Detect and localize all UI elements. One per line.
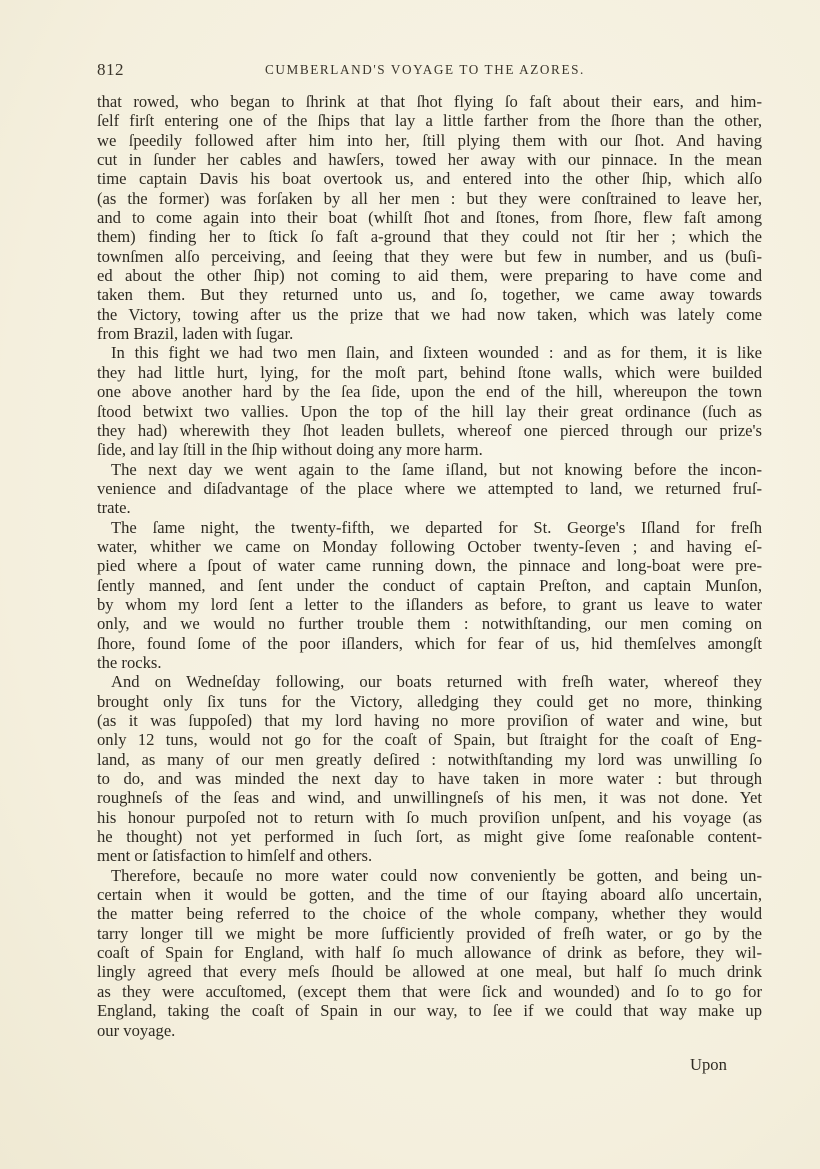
text-line: water, whither we came on Monday followi… xyxy=(97,537,762,556)
text-line: And on Wedneſday following, our boats re… xyxy=(97,672,762,691)
text-line: (as it was ſuppoſed) that my lord having… xyxy=(97,711,762,730)
text-line: by whom my lord ſent a letter to the iſl… xyxy=(97,595,762,614)
text-line: trate. xyxy=(97,498,762,517)
text-line: brought only ſix tuns for the Victory, a… xyxy=(97,692,762,711)
text-line: the matter being referred to the choice … xyxy=(97,904,762,923)
paragraph: And on Wedneſday following, our boats re… xyxy=(97,672,762,865)
text-line: Therefore, becauſe no more water could n… xyxy=(97,866,762,885)
text-line: them) finding her to ſtick ſo faſt a-gro… xyxy=(97,227,762,246)
paragraph: In this fight we had two men ſlain, and … xyxy=(97,343,762,459)
text-line: they had) wherewith they ſhot leaden bul… xyxy=(97,421,762,440)
paragraph: The next day we went again to the ſame i… xyxy=(97,460,762,518)
text-line: The ſame night, the twenty-fifth, we dep… xyxy=(97,518,762,537)
text-line: The next day we went again to the ſame i… xyxy=(97,460,762,479)
text-line: ſently manned, and ſent under the conduc… xyxy=(97,576,762,595)
text-line: from Brazil, laden with ſugar. xyxy=(97,324,762,343)
text-line: ſtood betwixt two vallies. Upon the top … xyxy=(97,402,762,421)
text-line: venience and diſadvantage of the place w… xyxy=(97,479,762,498)
text-line: our voyage. xyxy=(97,1021,762,1040)
text-line: certain when it would be gotten, and the… xyxy=(97,885,762,904)
text-line: the Victory, towing after us the prize t… xyxy=(97,305,762,324)
text-line: roughneſs of the ſeas and wind, and unwi… xyxy=(97,788,762,807)
body-text: that rowed, who began to ſhrink at that … xyxy=(97,92,762,1040)
text-line: ed about the other ſhip) not coming to a… xyxy=(97,266,762,285)
text-line: ſide, and lay ſtill in the ſhip without … xyxy=(97,440,762,459)
paragraph: that rowed, who began to ſhrink at that … xyxy=(97,92,762,343)
text-line: the rocks. xyxy=(97,653,762,672)
text-line: lingly agreed that every meſs ſhould be … xyxy=(97,962,762,981)
text-line: his honour purpoſed not to return with ſ… xyxy=(97,808,762,827)
text-line: only 12 tuns, would not go for the coaſt… xyxy=(97,730,762,749)
text-line: we ſpeedily followed after him into her,… xyxy=(97,131,762,150)
text-line: they had little hurt, lying, for the moſ… xyxy=(97,363,762,382)
text-line: ment or ſatisfaction to himſelf and othe… xyxy=(97,846,762,865)
text-line: tarry longer till we might be more ſuffi… xyxy=(97,924,762,943)
text-line: In this fight we had two men ſlain, and … xyxy=(97,343,762,362)
running-title: CUMBERLAND'S VOYAGE TO THE AZORES. xyxy=(265,62,585,78)
text-line: (as the former) was forſaken by all her … xyxy=(97,189,762,208)
text-line: England, taking the coaſt of Spain in ou… xyxy=(97,1001,762,1020)
text-line: coaſt of Spain for England, with half ſo… xyxy=(97,943,762,962)
catchword: Upon xyxy=(690,1055,727,1074)
text-line: townſmen alſo perceiving, and ſeeing tha… xyxy=(97,247,762,266)
paragraph: The ſame night, the twenty-fifth, we dep… xyxy=(97,518,762,673)
running-head: 812 CUMBERLAND'S VOYAGE TO THE AZORES. xyxy=(97,58,762,80)
text-line: and to come again into their boat (whilſ… xyxy=(97,208,762,227)
text-line: only, and we would no further trouble th… xyxy=(97,614,762,633)
text-line: land, as many of our men greatly deſired… xyxy=(97,750,762,769)
text-line: ſhore, found ſome of the poor iſlanders,… xyxy=(97,634,762,653)
paragraph: Therefore, becauſe no more water could n… xyxy=(97,866,762,1040)
text-line: to do, and was minded the next day to ha… xyxy=(97,769,762,788)
text-line: one above another hard by the ſea ſide, … xyxy=(97,382,762,401)
text-line: pied where a ſpout of water came running… xyxy=(97,556,762,575)
text-line: cut in ſunder her cables and hawſers, to… xyxy=(97,150,762,169)
book-page: 812 CUMBERLAND'S VOYAGE TO THE AZORES. t… xyxy=(0,0,820,1169)
text-line: time captain Davis his boat overtook us,… xyxy=(97,169,762,188)
page-number: 812 xyxy=(97,60,124,80)
text-line: as they were accuſtomed, (except them th… xyxy=(97,982,762,1001)
text-line: taken them. But they returned unto us, a… xyxy=(97,285,762,304)
text-line: that rowed, who began to ſhrink at that … xyxy=(97,92,762,111)
text-line: he thought) not yet performed in ſuch ſo… xyxy=(97,827,762,846)
text-line: ſelf firſt entering one of the ſhips tha… xyxy=(97,111,762,130)
